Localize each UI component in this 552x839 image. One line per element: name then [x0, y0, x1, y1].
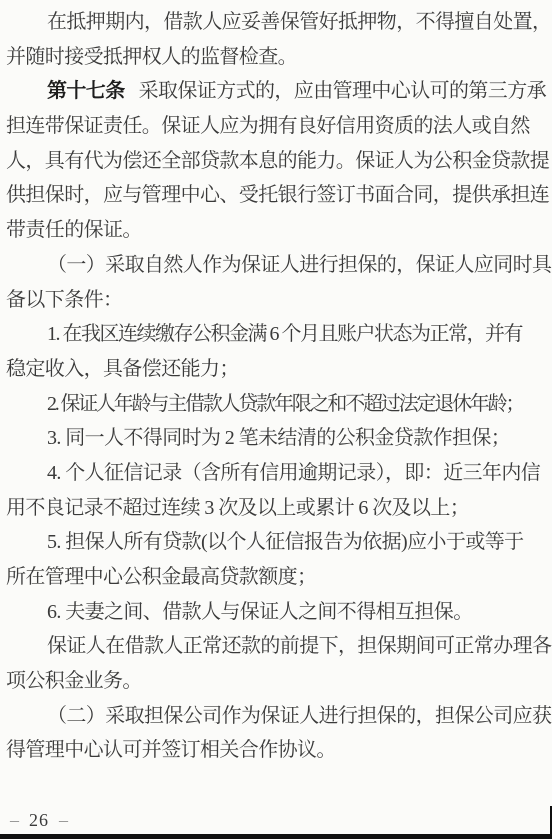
document-page: 在抵押期内，借款人应妥善保管好抵押物，不得擅自处置， 并随时接受抵押权人的监督检… — [0, 0, 552, 839]
text-line: 4. 个人征信记录（含所有信用逾期记录），即：近三年内信 — [6, 456, 547, 491]
text-line: 稳定收入，具备偿还能力； — [6, 352, 547, 387]
page-number-left-dash: – — [10, 810, 19, 830]
text-line: 5. 担保人所有贷款(以个人征信报告为依据)应小于或等于 — [6, 525, 547, 560]
text-line: 3. 同一人不得同时为 2 笔未结清的公积金贷款作担保； — [6, 421, 547, 456]
text-line: 担连带保证责任。保证人应为拥有良好信用资质的法人或自然 — [6, 109, 547, 144]
text-segment: 采取保证方式的，应由管理中心认可的第三方承 — [139, 80, 546, 102]
text-line: 用不良记录不超过连续 3 次及以上或累计 6 次及以上； — [6, 491, 547, 526]
text-line: 保证人在借款人正常还款的前提下，担保期间可正常办理各 — [6, 629, 547, 664]
text-line: 在抵押期内，借款人应妥善保管好抵押物，不得擅自处置， — [6, 5, 547, 40]
document-body-text: 在抵押期内，借款人应妥善保管好抵押物，不得擅自处置， 并随时接受抵押权人的监督检… — [6, 5, 547, 768]
text-line: （一）采取自然人作为保证人进行担保的，保证人应同时具 — [6, 248, 547, 283]
text-line: 项公积金业务。 — [6, 664, 547, 699]
text-line: 所在管理中心公积金最高贷款额度； — [6, 560, 547, 595]
text-line: 得管理中心认可并签订相关合作协议。 — [6, 733, 547, 768]
text-line: 带责任的保证。 — [6, 213, 547, 248]
text-line: 1. 在我区连续缴存公积金满 6 个月且账户状态为正常，并有 — [6, 317, 547, 352]
text-line: 人，具有代为偿还全部贷款本息的能力。保证人为公积金贷款提 — [6, 144, 547, 179]
text-line: 6. 夫妻之间、借款人与保证人之间不得相互担保。 — [6, 595, 547, 630]
text-line: 备以下条件： — [6, 283, 547, 318]
page-number-right-dash: – — [59, 810, 68, 830]
text-line: 供担保时，应与管理中心、受托银行签订书面合同，提供承担连 — [6, 178, 547, 213]
page-number-value: 26 — [29, 810, 49, 830]
scan-bottom-border — [0, 834, 552, 839]
text-line: 并随时接受抵押权人的监督检查。 — [6, 40, 547, 75]
text-line: 第十七条采取保证方式的，应由管理中心认可的第三方承 — [6, 74, 547, 109]
page-number: –26– — [10, 809, 68, 831]
text-line: 2. 保证人年龄与主借款人贷款年限之和不超过法定退休年龄； — [6, 387, 547, 422]
text-line: （二）采取担保公司作为保证人进行担保的，担保公司应获 — [6, 699, 547, 734]
article-17-heading: 第十七条 — [47, 80, 125, 102]
